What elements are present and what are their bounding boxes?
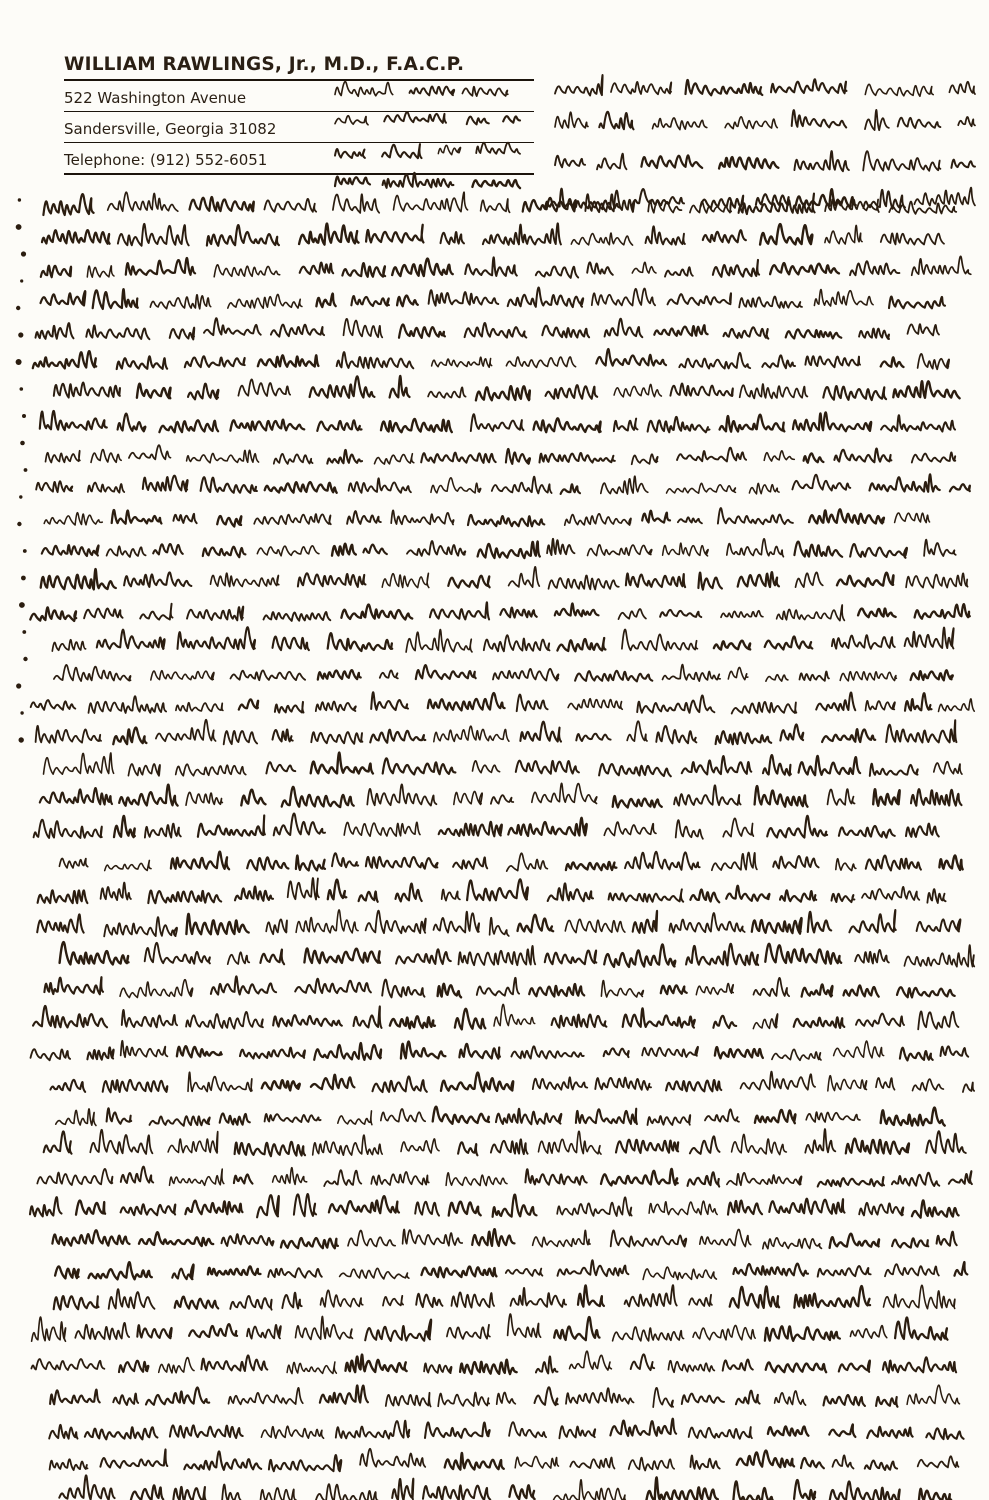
scribble-word bbox=[801, 1458, 824, 1468]
margin-mark bbox=[19, 602, 25, 608]
scribble-word bbox=[40, 788, 112, 804]
scribble-word bbox=[422, 1267, 497, 1278]
scribble-word bbox=[341, 605, 412, 620]
scribble-word bbox=[730, 1286, 779, 1308]
scribble-word bbox=[653, 118, 707, 130]
scribble-word bbox=[770, 263, 839, 274]
margin-mark bbox=[18, 198, 21, 201]
scribble-word bbox=[41, 266, 71, 278]
margin-mark bbox=[23, 657, 27, 661]
scribble-word bbox=[897, 987, 955, 997]
scribble-word bbox=[55, 1266, 79, 1278]
scribble-word bbox=[828, 1076, 867, 1091]
scribble-word bbox=[777, 605, 845, 621]
scribble-word bbox=[471, 414, 524, 431]
scribble-word bbox=[214, 265, 280, 277]
scribble-word bbox=[483, 223, 561, 244]
scribble-word bbox=[394, 192, 468, 212]
scribble-word bbox=[713, 1016, 736, 1028]
scribble-word bbox=[37, 914, 83, 932]
scribble-word bbox=[172, 1264, 193, 1279]
scribble-word bbox=[190, 197, 254, 211]
scribble-word bbox=[137, 1325, 171, 1338]
scribble-word bbox=[674, 785, 741, 805]
scribble-word bbox=[865, 110, 889, 130]
scribble-word bbox=[34, 820, 102, 838]
scribble-word bbox=[570, 1458, 614, 1469]
scribble-word bbox=[370, 730, 425, 743]
scribble-word bbox=[539, 1131, 602, 1154]
scribble-word bbox=[347, 511, 381, 524]
scribble-word bbox=[41, 569, 116, 589]
scribble-word bbox=[913, 1079, 944, 1091]
scribble-word bbox=[754, 978, 790, 996]
scribble-word bbox=[281, 1238, 338, 1248]
scribble-word bbox=[113, 1394, 138, 1405]
scribble-word bbox=[814, 289, 873, 306]
scribble-word bbox=[406, 630, 472, 652]
scribble-word bbox=[799, 756, 861, 775]
scribble-word bbox=[121, 1041, 168, 1057]
scribble-word bbox=[31, 700, 76, 710]
scribble-word bbox=[739, 296, 802, 307]
scribble-word bbox=[359, 892, 378, 902]
scribble-word bbox=[613, 796, 662, 807]
scribble-word bbox=[282, 787, 354, 807]
scribble-word bbox=[850, 261, 899, 275]
scribble-word bbox=[881, 357, 904, 367]
scribble-word bbox=[344, 822, 420, 836]
scribble-word bbox=[203, 547, 246, 557]
scribble-word bbox=[934, 762, 962, 774]
scribble-word bbox=[765, 944, 841, 964]
scribble-word bbox=[316, 294, 335, 307]
scribble-word bbox=[732, 1134, 787, 1154]
scribble-word bbox=[723, 1360, 753, 1371]
scribble-word bbox=[576, 1109, 637, 1124]
scribble-word bbox=[540, 453, 615, 463]
margin-mark bbox=[21, 576, 26, 581]
scribble-word bbox=[351, 296, 389, 306]
scribble-word bbox=[159, 1358, 194, 1373]
scribble-word bbox=[955, 1262, 968, 1276]
scribble-word bbox=[828, 789, 855, 805]
scribble-word bbox=[863, 151, 940, 171]
scribble-word bbox=[107, 546, 146, 557]
scribble-word bbox=[599, 112, 633, 129]
scribble-word bbox=[559, 1426, 595, 1438]
scribble-word bbox=[43, 194, 93, 215]
scribble-word bbox=[625, 1285, 677, 1306]
scribble-word bbox=[188, 384, 218, 400]
scribble-word bbox=[907, 1385, 959, 1404]
scribble-word bbox=[506, 357, 575, 367]
scribble-word bbox=[383, 1296, 403, 1306]
scribble-word bbox=[186, 1012, 263, 1029]
scribble-word bbox=[430, 602, 489, 619]
scribble-word bbox=[793, 412, 871, 431]
scribble-word bbox=[40, 411, 107, 430]
scribble-word bbox=[837, 573, 893, 587]
scribble-word bbox=[36, 481, 72, 492]
scribble-word bbox=[500, 608, 536, 618]
scribble-word bbox=[509, 1422, 546, 1437]
scribble-word bbox=[690, 202, 731, 213]
scribble-word bbox=[596, 349, 666, 366]
scribble-word bbox=[491, 1139, 528, 1154]
margin-mark bbox=[19, 737, 24, 742]
scribble-word bbox=[690, 1455, 719, 1469]
scribble-word bbox=[467, 879, 528, 900]
scribble-word bbox=[490, 918, 509, 936]
scribble-word bbox=[682, 756, 752, 774]
scribble-word bbox=[229, 1388, 303, 1404]
scribble-word bbox=[622, 629, 698, 650]
scribble-word bbox=[755, 786, 808, 807]
scribble-word bbox=[832, 635, 895, 649]
scribble-word bbox=[637, 695, 714, 712]
scribble-word bbox=[536, 1356, 558, 1373]
scribble-word bbox=[211, 976, 276, 994]
scribble-word bbox=[121, 1204, 176, 1215]
scribble-word bbox=[381, 1109, 425, 1122]
scribble-word bbox=[763, 755, 791, 775]
scribble-word bbox=[497, 1392, 516, 1404]
scribble-word bbox=[454, 791, 482, 804]
scribble-word bbox=[881, 1108, 945, 1126]
scribble-word bbox=[434, 912, 480, 933]
scribble-word bbox=[703, 230, 746, 242]
scribble-word bbox=[52, 640, 85, 651]
scribble-word bbox=[424, 1363, 451, 1373]
scribble-word bbox=[460, 1360, 517, 1374]
scribble-word bbox=[472, 1229, 514, 1246]
scribble-word bbox=[555, 75, 603, 96]
scribble-word bbox=[576, 734, 610, 741]
scribble-word bbox=[230, 420, 304, 431]
scribble-word bbox=[805, 356, 860, 367]
scribble-word bbox=[701, 196, 746, 209]
scribble-word bbox=[588, 545, 652, 556]
scribble-word bbox=[773, 856, 818, 868]
scribble-word bbox=[42, 230, 110, 244]
scribble-word bbox=[176, 703, 223, 712]
scribble-word bbox=[416, 1294, 442, 1307]
scribble-word bbox=[168, 1132, 218, 1153]
scribble-word bbox=[108, 192, 178, 211]
scribble-word bbox=[614, 384, 661, 397]
scribble-word bbox=[507, 853, 548, 871]
scribble-word bbox=[349, 478, 411, 493]
scribble-word bbox=[175, 1297, 219, 1309]
scribble-word bbox=[958, 117, 975, 126]
scribble-word bbox=[122, 1010, 177, 1027]
scribble-word bbox=[423, 1485, 490, 1500]
scribble-word bbox=[736, 1391, 760, 1405]
scribble-word bbox=[649, 1201, 717, 1215]
scribble-word bbox=[765, 637, 813, 650]
scribble-word bbox=[441, 232, 465, 244]
scribble-word bbox=[740, 384, 808, 398]
scribble-word bbox=[858, 609, 896, 618]
scribble-word bbox=[335, 116, 368, 125]
scribble-word bbox=[690, 890, 719, 903]
scribble-word bbox=[509, 567, 540, 587]
scribble-word bbox=[211, 573, 279, 586]
scribble-word bbox=[686, 80, 763, 95]
scribble-word bbox=[509, 1485, 534, 1499]
scribble-word bbox=[963, 1082, 974, 1092]
scribble-word bbox=[566, 1388, 634, 1404]
scribble-word bbox=[126, 258, 195, 275]
scribble-word bbox=[296, 1316, 353, 1339]
scribble-word bbox=[431, 478, 481, 493]
scribble-word bbox=[892, 1238, 928, 1247]
scribble-word bbox=[906, 573, 968, 588]
margin-mark bbox=[24, 468, 28, 472]
scribble-word bbox=[316, 702, 356, 712]
scribble-word bbox=[534, 418, 601, 432]
scribble-word bbox=[30, 607, 76, 621]
scribble-word bbox=[447, 1325, 490, 1339]
scribble-word bbox=[508, 288, 583, 308]
scribble-word bbox=[459, 946, 536, 965]
scribble-word bbox=[269, 1455, 341, 1471]
scribble-word bbox=[865, 1461, 897, 1470]
scribble-word bbox=[760, 224, 812, 245]
scribble-word bbox=[31, 1049, 71, 1060]
scribble-word bbox=[310, 376, 375, 397]
scribble-word bbox=[794, 1017, 845, 1028]
scribble-word bbox=[143, 476, 188, 492]
scribble-word bbox=[383, 173, 454, 188]
scribble-word bbox=[148, 891, 221, 904]
scribble-word bbox=[317, 420, 361, 430]
scribble-word bbox=[118, 224, 189, 246]
margin-mark bbox=[20, 279, 23, 282]
scribble-word bbox=[52, 1230, 129, 1245]
scribble-word bbox=[93, 289, 138, 309]
scribble-word bbox=[766, 1362, 827, 1372]
scribble-word bbox=[50, 1390, 100, 1405]
scribble-word bbox=[911, 789, 962, 806]
scribble-word bbox=[100, 1449, 167, 1467]
scribble-word bbox=[268, 1268, 322, 1277]
scribble-word bbox=[834, 1041, 884, 1058]
scribble-word bbox=[109, 1289, 155, 1309]
scribble-word bbox=[566, 862, 617, 870]
scribble-word bbox=[517, 695, 548, 712]
scribble-word bbox=[468, 515, 544, 526]
scribble-word bbox=[905, 628, 954, 649]
scribble-word bbox=[462, 87, 507, 96]
scribble-word bbox=[771, 79, 847, 93]
scribble-word bbox=[949, 1171, 972, 1184]
scribble-word bbox=[866, 701, 895, 711]
scribble-word bbox=[338, 1111, 372, 1125]
scribble-word bbox=[176, 764, 246, 775]
scribble-word bbox=[904, 945, 974, 967]
scribble-word bbox=[919, 1489, 951, 1500]
scribble-word bbox=[86, 325, 149, 339]
scribble-word bbox=[105, 860, 151, 870]
scribble-word bbox=[85, 1427, 157, 1439]
scribble-word bbox=[834, 448, 891, 462]
scribble-word bbox=[610, 1419, 676, 1436]
scribble-word bbox=[348, 1230, 395, 1246]
scribble-word bbox=[391, 510, 453, 524]
scribble-word bbox=[599, 764, 671, 776]
scribble-word bbox=[458, 1142, 477, 1155]
scribble-word bbox=[641, 155, 702, 167]
scribble-word bbox=[87, 1047, 113, 1059]
scribble-word bbox=[780, 890, 816, 901]
scribble-word bbox=[806, 1112, 860, 1122]
scribble-word bbox=[264, 612, 331, 621]
scribble-word bbox=[718, 508, 793, 524]
scribble-word bbox=[926, 1131, 966, 1153]
scribble-word bbox=[112, 510, 162, 524]
scribble-word bbox=[36, 726, 101, 743]
scribble-word bbox=[721, 611, 763, 618]
scribble-word bbox=[188, 1072, 252, 1091]
scribble-word bbox=[881, 415, 955, 431]
scribble-word bbox=[333, 194, 379, 213]
scribble-word bbox=[686, 944, 758, 966]
scribble-word bbox=[555, 112, 588, 128]
scribble-word bbox=[873, 789, 899, 806]
scribble-word bbox=[49, 1425, 77, 1439]
scribble-word bbox=[558, 1260, 629, 1276]
scribble-word bbox=[153, 544, 183, 555]
scribble-word bbox=[893, 381, 959, 398]
scribble-word bbox=[76, 1201, 105, 1215]
scribble-word bbox=[554, 1317, 599, 1340]
scribble-word bbox=[170, 1425, 243, 1438]
scribble-word bbox=[859, 1203, 903, 1216]
scribble-word bbox=[354, 1006, 382, 1028]
scribble-word bbox=[927, 889, 945, 903]
scribble-word bbox=[568, 699, 622, 710]
scribble-word bbox=[555, 156, 585, 168]
scribble-word bbox=[825, 225, 862, 244]
scribble-word bbox=[360, 1449, 425, 1467]
scribble-word bbox=[613, 1327, 684, 1341]
scribble-word bbox=[54, 383, 120, 398]
scribble-word bbox=[895, 1317, 947, 1339]
margin-mark bbox=[23, 549, 27, 553]
scribble-word bbox=[839, 1361, 870, 1372]
scribble-word bbox=[545, 189, 620, 210]
scribble-word bbox=[554, 1480, 627, 1500]
scribble-word bbox=[597, 154, 627, 170]
scribble-word bbox=[547, 539, 574, 555]
scribble-word bbox=[120, 980, 193, 998]
scribble-word bbox=[529, 984, 584, 996]
scribble-word bbox=[728, 667, 748, 679]
scribble-word bbox=[407, 541, 465, 556]
scribble-word bbox=[208, 1266, 261, 1275]
scribble-word bbox=[273, 637, 309, 650]
scribble-word bbox=[950, 484, 970, 491]
scribble-word bbox=[693, 1325, 755, 1339]
scribble-word bbox=[101, 883, 131, 901]
scribble-word bbox=[146, 1387, 209, 1404]
scribble-word bbox=[273, 1168, 307, 1185]
scribble-word bbox=[473, 761, 500, 773]
scribble-word bbox=[830, 1481, 900, 1500]
scribble-word bbox=[855, 950, 889, 964]
scribble-word bbox=[670, 384, 732, 396]
scribble-word bbox=[150, 295, 210, 309]
scribble-word bbox=[884, 1285, 955, 1308]
scribble-word bbox=[271, 325, 324, 337]
scribble-word bbox=[228, 294, 302, 308]
scribble-word bbox=[84, 608, 123, 618]
scribble-word bbox=[384, 112, 446, 123]
scribble-word bbox=[240, 1048, 305, 1059]
scribble-word bbox=[941, 1046, 969, 1056]
scribble-word bbox=[792, 110, 847, 127]
scribble-word bbox=[476, 386, 530, 400]
scribble-word bbox=[511, 1288, 567, 1307]
scribble-word bbox=[679, 353, 750, 369]
scribble-word bbox=[30, 1197, 62, 1216]
scribble-word bbox=[604, 944, 675, 967]
scribble-word bbox=[428, 387, 466, 397]
scribble-word bbox=[571, 233, 632, 245]
scribble-word bbox=[401, 1042, 446, 1059]
scribble-word bbox=[295, 979, 371, 993]
scribble-word bbox=[124, 572, 191, 587]
scribble-word bbox=[762, 355, 795, 368]
scribble-word bbox=[448, 576, 489, 588]
scribble-word bbox=[311, 732, 362, 744]
scribble-word bbox=[273, 730, 293, 742]
scribble-word bbox=[44, 1131, 72, 1153]
scribble-word bbox=[715, 1047, 763, 1058]
scribble-word bbox=[472, 180, 520, 188]
scribble-word bbox=[139, 1232, 213, 1246]
scribble-word bbox=[570, 1351, 612, 1370]
scribble-word bbox=[313, 1135, 383, 1155]
scribble-word bbox=[755, 1110, 796, 1123]
scribble-word bbox=[107, 1108, 132, 1124]
scribble-word bbox=[689, 1427, 752, 1439]
scribble-word bbox=[786, 329, 842, 338]
scribble-word bbox=[335, 177, 370, 187]
scribble-word bbox=[818, 1266, 871, 1277]
scribble-word bbox=[328, 633, 393, 651]
scribble-word bbox=[951, 160, 975, 168]
scribble-word bbox=[222, 1234, 274, 1246]
scribble-word bbox=[780, 725, 803, 741]
scribble-word bbox=[401, 1139, 439, 1153]
scribble-word bbox=[189, 1324, 237, 1337]
scribble-word bbox=[367, 784, 436, 805]
scribble-word bbox=[438, 145, 460, 154]
scribble-word bbox=[642, 1047, 698, 1057]
scribble-word bbox=[839, 826, 895, 838]
scribble-word bbox=[150, 1116, 210, 1126]
scribble-word bbox=[415, 1202, 439, 1216]
scribble-word bbox=[42, 545, 99, 556]
scribble-word bbox=[508, 818, 586, 836]
scribble-word bbox=[178, 627, 256, 649]
scribble-word bbox=[601, 980, 643, 997]
scribble-word bbox=[792, 475, 850, 491]
scribble-word bbox=[336, 1421, 410, 1439]
